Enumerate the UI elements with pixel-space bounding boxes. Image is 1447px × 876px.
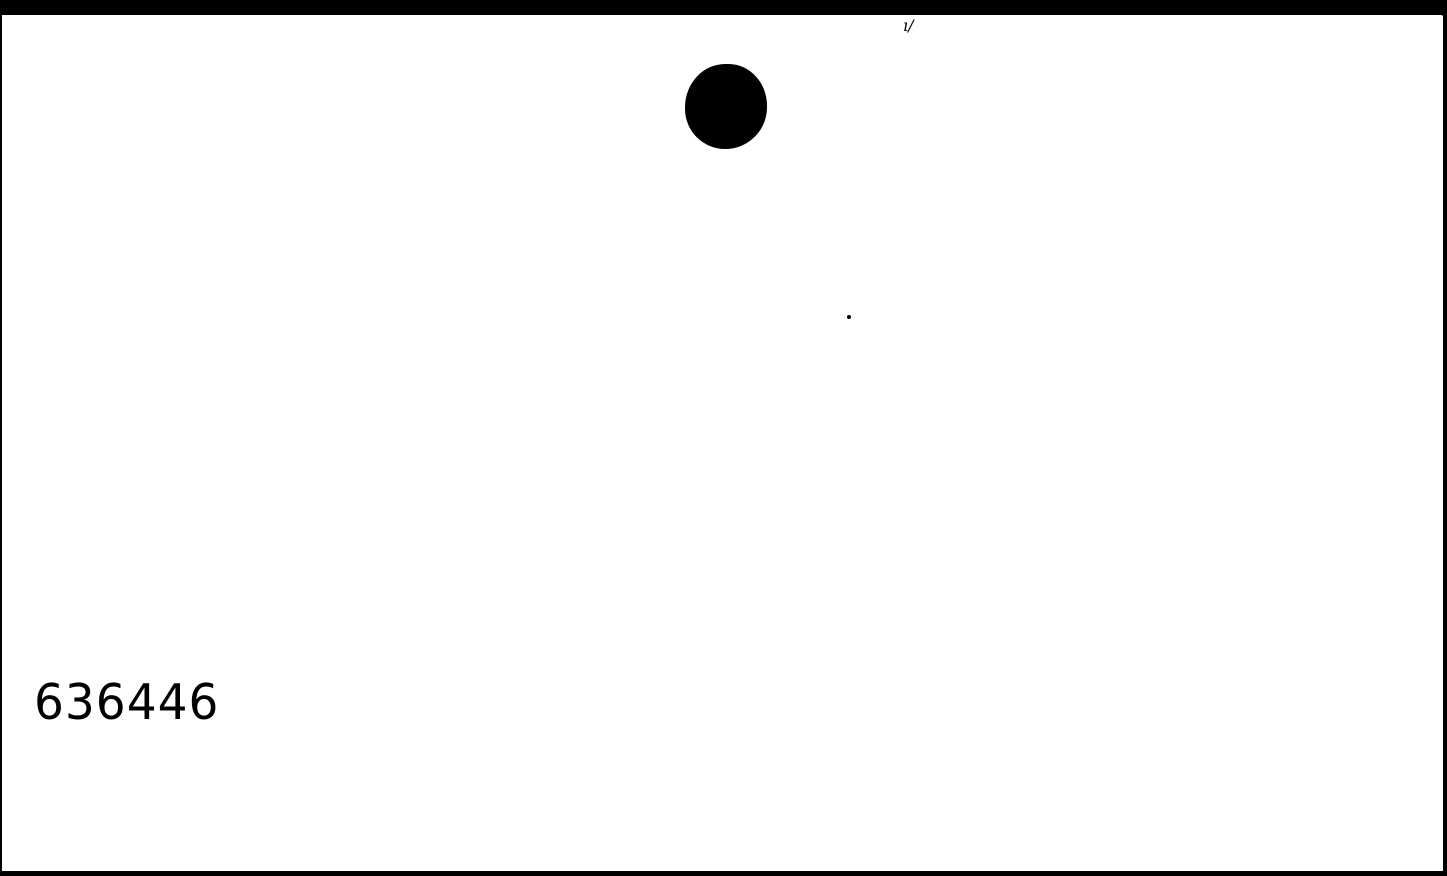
scan-bottom-border [0, 871, 1447, 876]
punch-hole [685, 64, 767, 149]
top-pencil-mark: ı/ [903, 18, 914, 34]
ink-speck [847, 315, 851, 319]
scan-frame: ı/ 636446 [0, 0, 1447, 876]
card-number: 636446 [34, 678, 219, 727]
scan-top-border [0, 0, 1447, 15]
